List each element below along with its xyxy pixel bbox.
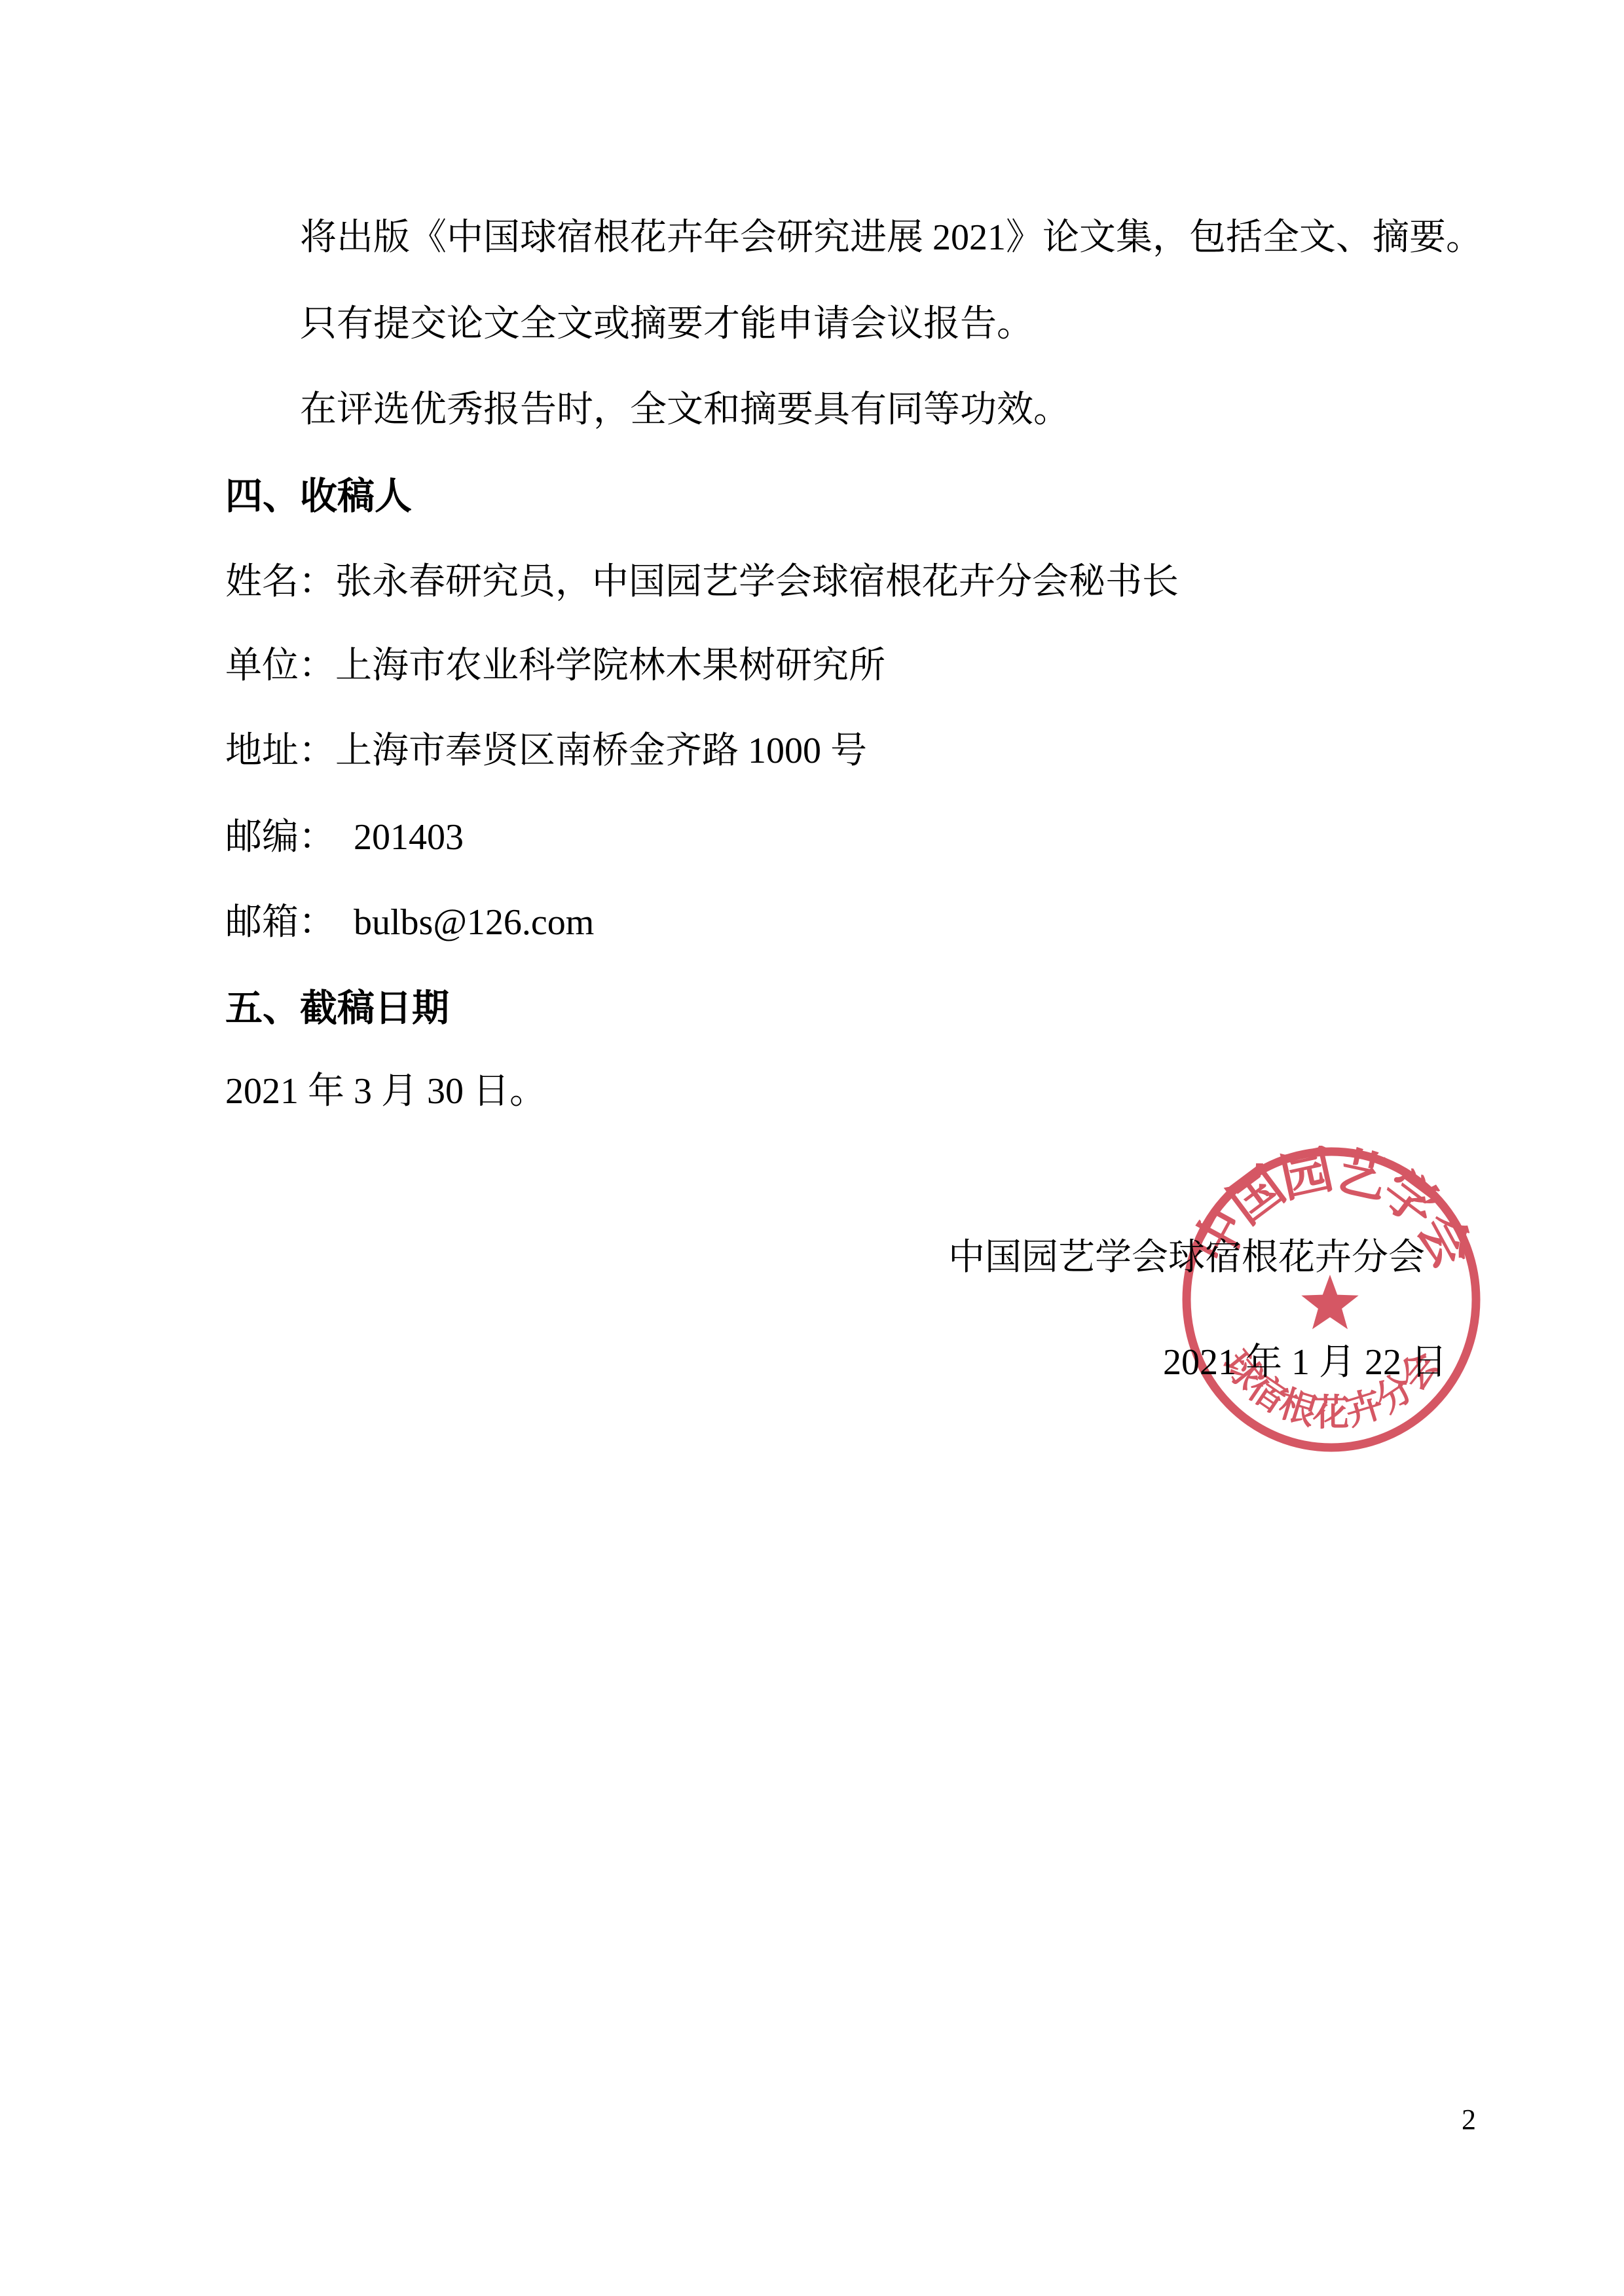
recipient-postcode-line: 邮编： 201403 — [225, 816, 464, 860]
official-seal-graphic: 中国园艺学会 球宿根花卉分会 — [1181, 1146, 1482, 1453]
paragraph-evaluation-note: 在评选优秀报告时，全文和摘要具有同等功效。 — [300, 388, 1070, 432]
page-number: 2 — [1462, 2103, 1476, 2138]
section-heading-recipient: 四、收稿人 — [225, 474, 412, 519]
section-heading-deadline: 五、截稿日期 — [225, 986, 449, 1030]
recipient-email-line: 邮箱： bulbs@126.com — [225, 901, 594, 945]
paragraph-publication-note: 将出版《中国球宿根花卉年会研究进展 2021》论文集，包括全文、摘要。 — [300, 216, 1483, 260]
recipient-name-line: 姓名：张永春研究员，中国园艺学会球宿根花卉分会秘书长 — [225, 560, 1179, 604]
deadline-date-line: 2021 年 3 月 30 日。 — [225, 1070, 546, 1114]
official-seal: 中国园艺学会 球宿根花卉分会 — [1181, 1146, 1482, 1453]
recipient-affiliation-line: 单位：上海市农业科学院林木果树研究所 — [225, 644, 885, 688]
signature-organization: 中国园艺学会球宿根花卉分会 — [948, 1236, 1425, 1280]
seal-star-icon — [1301, 1275, 1358, 1329]
paragraph-submission-requirement: 只有提交论文全文或摘要才能申请会议报告。 — [300, 302, 1033, 346]
document-page: 将出版《中国球宿根花卉年会研究进展 2021》论文集，包括全文、摘要。 只有提交… — [0, 0, 1624, 2296]
signature-date: 2021 年 1 月 22 日 — [1163, 1341, 1447, 1385]
recipient-address-line: 地址：上海市奉贤区南桥金齐路 1000 号 — [225, 729, 867, 773]
